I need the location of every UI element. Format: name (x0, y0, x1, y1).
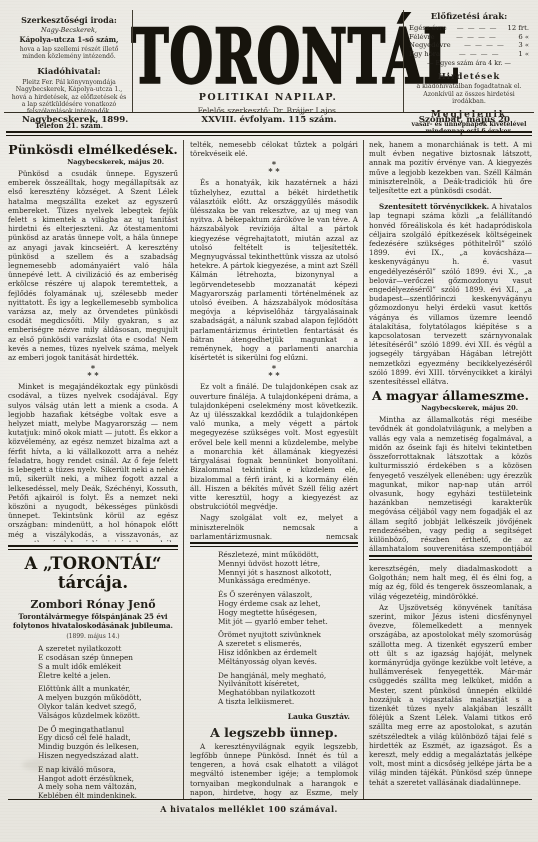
column-divider (183, 140, 184, 800)
feuilleton-rule (369, 555, 532, 560)
article-continuation: telték, nemesebb célokat tűztek a polgár… (190, 140, 358, 539)
asterism-separator: * * * (190, 365, 358, 378)
paragraph: És a honatyák, kik hazatérnek a házi tűz… (190, 178, 358, 362)
price-label: Félévre (409, 33, 435, 42)
paragraph: Szentesített törvénycikkek. A hivatalos … (369, 202, 532, 386)
poem-stanza: Előttünk állt a munkatér, A melyen buzgó… (38, 685, 178, 720)
asterism-separator: * * * (190, 161, 358, 174)
paragraph: keresztségén, mely diadalmaskodott a Gol… (369, 564, 532, 601)
poem-stanza: A szeretet nyilatkozott E csodásan szép … (38, 645, 178, 680)
paragraph: Pünkösd a csudák ünnepe. Egyszerű embere… (8, 169, 178, 362)
news-lead: Szentesített törvénycikkek. (379, 202, 489, 211)
poem-stanza: De hangjánál, mely megható, Nyilvánított… (218, 672, 358, 707)
office-address: Kápolya-utcza 1-ső szám, (8, 35, 130, 44)
masthead-separator-rule (6, 131, 532, 136)
publisher-heading: Kiadóhivatal: (8, 67, 130, 77)
price-value: 3 « (518, 41, 529, 50)
paragraph: Ez volt a finálé. De tulajdonképen csak … (190, 382, 358, 511)
article-title: Pünkösdi elmélkedések. (8, 142, 178, 157)
price-dashes: — — — — (440, 50, 518, 59)
poem-stanza: De Ő megingathatlanul Egy dicső cél felé… (38, 726, 178, 761)
article-allameszme: nek, hanem a monarchiának is tett. A mi … (369, 140, 532, 552)
paragraph: Mintha az államalkotás régi meséibe tevő… (369, 415, 532, 552)
poem-signature: Lauka Gusztáv. (190, 712, 358, 721)
office-note: hova a lap szellemi részét illető minden… (10, 46, 128, 61)
poem-stanza: E nap kiváló műsora, Hangot adott érzésü… (38, 766, 178, 800)
column-3: nek, hanem a monarchiának is tett. A mi … (369, 140, 532, 800)
editor-line: Felelős szerkesztő: Dr. Brájjer Lajos. (134, 106, 402, 115)
poem-stanza: És Ő szerényen válaszolt, Hogy érdeme cs… (218, 591, 358, 626)
feuilleton-article-subtitle: Torontálvármegye főispánjának 25 évi fol… (12, 613, 174, 630)
dateline-date: Szombat, május 20 (419, 115, 510, 125)
column-2: telték, nemesebb célokat tűztek a polgár… (190, 140, 358, 800)
ads-note: a kiadóhivatalban fogadtatnak el. Azonkí… (408, 83, 530, 105)
poem-stanza: Örömet nyujtott szivünknek A szeretet s … (218, 631, 358, 666)
paragraph: nek, hanem a monarchiának is tett. A mi … (369, 140, 532, 195)
paragraph: Nagy szolgálat volt ez, melyet a miniszt… (190, 513, 358, 539)
ads-heading: Hirdetések (406, 72, 532, 82)
single-issue-price: — Egyes szám ára 4 kr. — (406, 59, 532, 67)
paragraph: Minket is megajándékoztak egy pünkösdi c… (8, 382, 178, 542)
feuilleton-heading: A „TORONTÁL“ tárcája. (8, 554, 178, 592)
section-rule (399, 198, 502, 199)
paragraph: Az Ujszövetség könyvének tanítása szerin… (369, 603, 532, 787)
price-value: 1 « (518, 50, 529, 59)
publisher-note: Pleitz Fer. Pál könyvnyomdája Nagybecske… (10, 79, 128, 116)
price-label: Negyedévre (409, 41, 451, 50)
feuilleton-article-title: Zombori Rónay Jenő (8, 598, 178, 611)
price-row: Egész évre — — — — 12 frt. (406, 24, 532, 33)
newspaper-title: TORONTÁL (131, 14, 404, 99)
subscription-heading: Előfizetési árak: (406, 12, 532, 22)
header-divider-right (403, 10, 404, 112)
header-bottom-rule (4, 112, 534, 113)
footer-note: A hivatalos melléklet 100 számával. (0, 804, 498, 814)
article-punkosdi: Pünkösdi elmélkedések. Nagybecskerek, má… (8, 140, 178, 542)
header-divider-left (132, 10, 133, 112)
price-row: Negyedévre — — — — 3 « (406, 41, 532, 50)
news-text: A hivatalos lap tegnapi száma közli „a f… (369, 202, 532, 386)
newspaper-page: Szerkesztőségi iroda: Nagy-Becskerek, Ká… (0, 0, 538, 842)
office-city: Nagy-Becskerek, (8, 26, 130, 34)
article-dateline: Nagybecskerek, május 20. (8, 158, 178, 166)
paragraph: telték, nemesebb célokat tűztek a polgár… (190, 140, 358, 158)
footer-rule (8, 799, 532, 800)
office-heading: Szerkesztőségi iroda: (8, 15, 130, 25)
feuilleton-rule (190, 542, 358, 547)
column-1: Pünkösdi elmélkedések. Nagybecskerek, má… (8, 140, 178, 800)
feuilleton-rule (8, 545, 178, 550)
feuilleton-article2-title: A legszebb ünnep. (190, 725, 358, 740)
article-dateline: Nagybecskerek, május 20. (369, 404, 532, 412)
price-value: 12 frt. (508, 24, 529, 33)
price-row: Egy hóra — — — — 1 « (406, 50, 532, 59)
poem-stanza: Részletezé, mint működött, Mennyi üdvöst… (218, 551, 358, 586)
asterism-separator: * * * (8, 365, 178, 378)
price-row: Félévre — — — — 6 « (406, 33, 532, 42)
feuilleton-article-date: (1899. május 14.) (8, 633, 178, 640)
paragraph: A keresztényvilágnak egyik legszebb, leg… (190, 742, 358, 800)
price-dashes: — — — — (447, 24, 508, 33)
price-dashes: — — — — (435, 33, 519, 42)
price-label: Egy hóra (409, 50, 440, 59)
article-title: A magyar állameszme. (369, 388, 532, 403)
price-label: Egész évre (409, 24, 447, 33)
price-value: 6 « (518, 33, 529, 42)
price-dashes: — — — — (451, 41, 519, 50)
column-divider (363, 140, 364, 800)
masthead: TORONTÁL POLITIKAI NAPILAP. Felelős szer… (134, 6, 402, 115)
